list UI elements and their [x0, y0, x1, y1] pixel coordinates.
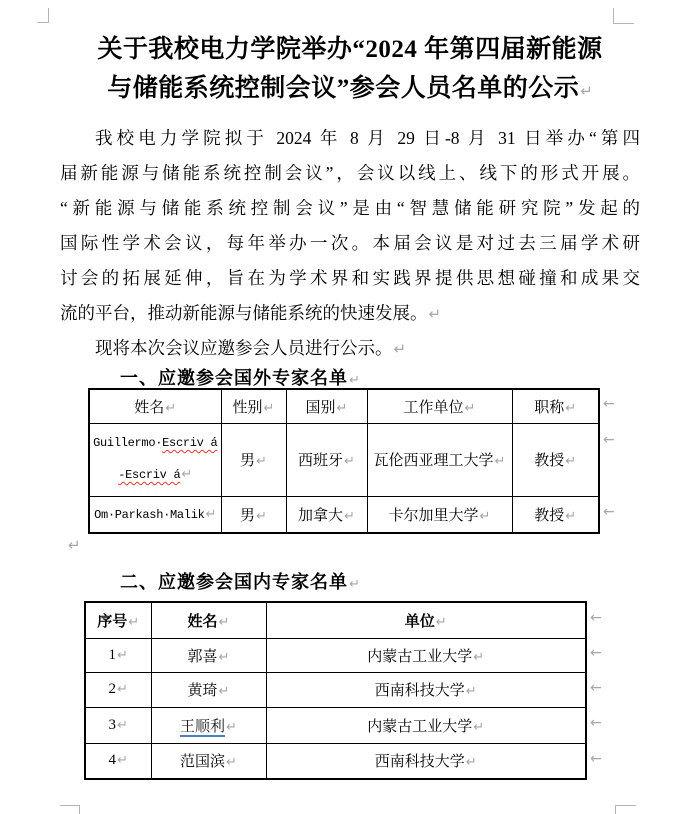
cell-text: 教授 [534, 508, 564, 524]
cell-mark-icon: ↵ [226, 720, 237, 735]
gender-cell: 男↵ [221, 423, 286, 496]
header-label: 单位 [405, 614, 435, 630]
header-cell-name: 姓名↵ [89, 389, 221, 423]
country-cell: 西班牙↵ [286, 423, 367, 496]
cell-text: 瓦伦西亚理工大学 [374, 453, 494, 469]
paragraph-mark-icon: ↵ [429, 305, 442, 323]
crop-mark-bottom-left-icon [60, 805, 80, 814]
cell-mark-icon: ↵ [256, 454, 267, 469]
cell-text: 内蒙古工业大学 [367, 719, 472, 735]
workunit-cell: 瓦伦西亚理工大学↵ [367, 423, 512, 496]
cell-mark-icon: ↵ [219, 684, 230, 699]
name-cell: 黄琦↵ [151, 672, 266, 707]
header-cell-gender: 性别↵ [221, 389, 286, 423]
crop-mark-top-right-icon [613, 8, 634, 24]
number-cell: 4↵ [85, 743, 151, 779]
cell-mark-icon: ↵ [219, 615, 230, 630]
body-line: 我校电力学院拟于 2024 年 8 月 29 日-8 月 31 日举办“第四 [60, 121, 640, 156]
cell-mark-icon: ↵ [165, 401, 176, 416]
title-cell: 教授↵ [512, 496, 599, 533]
title-text-2: 与储能系统控制会议”参会人员名单的公示 [107, 75, 579, 102]
text-body: 关于我校电力学院举办“2024 年第四届新能源 与储能系统控制会议”参会人员名单… [60, 30, 640, 393]
cell-mark-icon: ↵ [465, 401, 476, 416]
paragraph-2: 现将本次会议应邀参会人员进行公示。↵ [60, 331, 640, 366]
header-label: 姓名 [188, 614, 218, 630]
header-label: 性别 [233, 400, 263, 416]
cell-mark-icon: ↵ [473, 650, 484, 665]
name-line-1: Guillermo·Escriv á [90, 428, 221, 459]
name-text: Escriv á [125, 468, 180, 482]
header-cell-org: 单位↵ [266, 602, 586, 638]
page-title: 关于我校电力学院举办“2024 年第四届新能源 与储能系统控制会议”参会人员名单… [60, 30, 640, 111]
cell-mark-icon: ↵ [117, 718, 128, 733]
number-cell: 3↵ [85, 707, 151, 743]
paragraph-mark-icon: ↵ [349, 373, 360, 388]
section-heading-2: 二、应邀参会国内专家名单↵ [120, 570, 360, 597]
cell-mark-icon: ↵ [128, 615, 139, 630]
foreign-experts-table: 姓名↵ 性别↵ 国别↵ 工作单位↵ 职称↵ Guillermo·Escriv á… [88, 388, 600, 534]
misspelled-text: -Escriv á [118, 468, 180, 482]
cell-mark-icon: ↵ [226, 755, 237, 770]
row-end-mark-icon: ← [603, 396, 615, 412]
cell-mark-icon: ↵ [495, 454, 506, 469]
paragraph-mark-icon: ↵ [349, 577, 360, 592]
cell-text: 西班牙 [298, 453, 343, 469]
header-label: 职称 [534, 400, 564, 416]
org-cell: 内蒙古工业大学↵ [266, 707, 586, 743]
body-line: 届新能源与储能系统控制会议”，会议以线上、线下的形式开展。 [60, 156, 640, 191]
table-row: 3↵ 王顺利↵ 内蒙古工业大学↵ [85, 707, 586, 743]
row-end-mark-icon: ← [590, 645, 602, 661]
cell-mark-icon: ↵ [436, 615, 447, 630]
table-row: 2↵ 黄琦↵ 西南科技大学↵ [85, 672, 586, 707]
header-label: 姓名 [134, 400, 164, 416]
expert-name-cell: Om·Parkash·Malik↵ [89, 496, 221, 533]
cell-mark-icon: ↵ [466, 755, 477, 770]
name-text: Guillermo· [93, 436, 162, 450]
cell-text: 4 [109, 752, 117, 768]
body-line: 流的平台，推动新能源与储能系统的快速发展。↵ [60, 296, 640, 331]
section-heading-2-text: 二、应邀参会国内专家名单 [120, 572, 348, 592]
body-line: 讨会的拓展延伸，旨在为学术界和实践界提供思想碰撞和成果交 [60, 261, 640, 296]
row-end-mark-icon: ← [590, 715, 602, 731]
cell-text: 卡尔加里大学 [389, 508, 479, 524]
cell-mark-icon: ↵ [344, 509, 355, 524]
header-cell-country: 国别↵ [286, 389, 367, 423]
row-end-mark-icon: ← [590, 751, 602, 767]
cell-text: 郭喜 [188, 649, 218, 665]
cell-mark-icon: ↵ [117, 753, 128, 768]
hyperlink-name[interactable]: 王顺利 [180, 719, 225, 737]
cell-mark-icon: ↵ [181, 467, 192, 482]
title-line-2: 与储能系统控制会议”参会人员名单的公示↵ [60, 69, 640, 111]
cell-mark-icon: ↵ [256, 509, 267, 524]
country-cell: 加拿大↵ [286, 496, 367, 533]
workunit-cell: 卡尔加里大学↵ [367, 496, 512, 533]
cell-mark-icon: ↵ [480, 509, 491, 524]
org-cell: 内蒙古工业大学↵ [266, 638, 586, 672]
row-end-mark-icon: ← [603, 432, 615, 448]
header-cell-name: 姓名↵ [151, 602, 266, 638]
expert-name-cell: Guillermo·Escriv á -Escriv á↵ [89, 423, 221, 496]
cell-text: 男 [240, 453, 255, 469]
cell-mark-icon: ↵ [117, 648, 128, 663]
cell-text: 加拿大 [298, 508, 343, 524]
cell-text: 教授 [534, 453, 564, 469]
cell-text: 西南科技大学 [375, 754, 465, 770]
paragraph-mark-icon: ↵ [394, 340, 407, 358]
table-row: 4↵ 范国滨↵ 西南科技大学↵ [85, 743, 586, 779]
cell-text: 男 [240, 508, 255, 524]
header-label: 工作单位 [404, 400, 464, 416]
row-end-mark-icon: ← [590, 680, 602, 696]
name-line-2: -Escriv á↵ [90, 459, 221, 491]
cell-mark-icon: ↵ [473, 720, 484, 735]
org-cell: 西南科技大学↵ [266, 672, 586, 707]
paragraph-mark-icon: ↵ [68, 536, 81, 554]
cell-text: 2 [109, 681, 117, 697]
header-cell-workunit: 工作单位↵ [367, 389, 512, 423]
header-cell-number: 序号↵ [85, 602, 151, 638]
title-text-1: 关于我校电力学院举办“2024 年第四届新能源 [97, 36, 602, 63]
title-cell: 教授↵ [512, 423, 599, 496]
crop-mark-bottom-right-icon [615, 805, 636, 814]
header-cell-title: 职称↵ [512, 389, 599, 423]
paragraph-mark-icon: ↵ [580, 82, 593, 100]
cell-mark-icon: ↵ [565, 401, 576, 416]
misspelled-text: Escriv á [162, 436, 217, 450]
cell-mark-icon: ↵ [117, 682, 128, 697]
section-heading-1-text: 一、应邀参会国外专家名单 [120, 368, 348, 388]
cell-mark-icon: ↵ [344, 454, 355, 469]
cell-mark-icon: ↵ [565, 509, 576, 524]
table-row: Om·Parkash·Malik↵ 男↵ 加拿大↵ 卡尔加里大学↵ 教授↵ [89, 496, 599, 533]
name-cell: 郭喜↵ [151, 638, 266, 672]
table-header-row: 序号↵ 姓名↵ 单位↵ [85, 602, 586, 638]
cell-mark-icon: ↵ [219, 650, 230, 665]
body-line: 国际性学术会议，每年举办一次。本届会议是对过去三届学术研 [60, 226, 640, 261]
header-label: 国别 [306, 400, 336, 416]
body-line: “新能源与储能系统控制会议”是由“智慧储能研究院”发起的 [60, 191, 640, 226]
name-cell: 范国滨↵ [151, 743, 266, 779]
cell-text: 内蒙古工业大学 [367, 649, 472, 665]
paragraph-2-text: 现将本次会议应邀参会人员进行公示。 [95, 338, 393, 358]
table-row: 1↵ 郭喜↵ 内蒙古工业大学↵ [85, 638, 586, 672]
table-header-row: 姓名↵ 性别↵ 国别↵ 工作单位↵ 职称↵ [89, 389, 599, 423]
number-cell: 2↵ [85, 672, 151, 707]
number-cell: 1↵ [85, 638, 151, 672]
cell-text: 西南科技大学 [375, 683, 465, 699]
header-label: 序号 [97, 614, 127, 630]
gender-cell: 男↵ [221, 496, 286, 533]
cell-mark-icon: ↵ [337, 401, 348, 416]
cell-mark-icon: ↵ [466, 684, 477, 699]
title-line-1: 关于我校电力学院举办“2024 年第四届新能源 [60, 30, 640, 69]
cell-mark-icon: ↵ [264, 401, 275, 416]
document-page: 关于我校电力学院举办“2024 年第四届新能源 与储能系统控制会议”参会人员名单… [0, 0, 698, 814]
cell-text: 1 [109, 647, 117, 663]
paragraph-1: 我校电力学院拟于 2024 年 8 月 29 日-8 月 31 日举办“第四 届… [60, 121, 640, 331]
cell-mark-icon: ↵ [565, 454, 576, 469]
body-line-text: 流的平台，推动新能源与储能系统的快速发展。 [60, 303, 428, 323]
org-cell: 西南科技大学↵ [266, 743, 586, 779]
name-text: Om·Parkash·Malik [94, 508, 204, 522]
name-cell: 王顺利↵ [151, 707, 266, 743]
cell-text: 范国滨 [180, 754, 225, 770]
domestic-experts-table: 序号↵ 姓名↵ 单位↵ 1↵ 郭喜↵ 内蒙古工业大学↵ 2↵ 黄琦↵ 西南科技大… [84, 601, 587, 780]
row-end-mark-icon: ← [603, 504, 615, 520]
cell-text: 3 [109, 717, 117, 733]
cell-text: 黄琦 [188, 683, 218, 699]
table-row: Guillermo·Escriv á -Escriv á↵ 男↵ 西班牙↵ 瓦伦… [89, 423, 599, 496]
cell-mark-icon: ↵ [206, 507, 217, 522]
crop-mark-top-left-icon [37, 8, 49, 23]
row-end-mark-icon: ← [590, 610, 602, 626]
